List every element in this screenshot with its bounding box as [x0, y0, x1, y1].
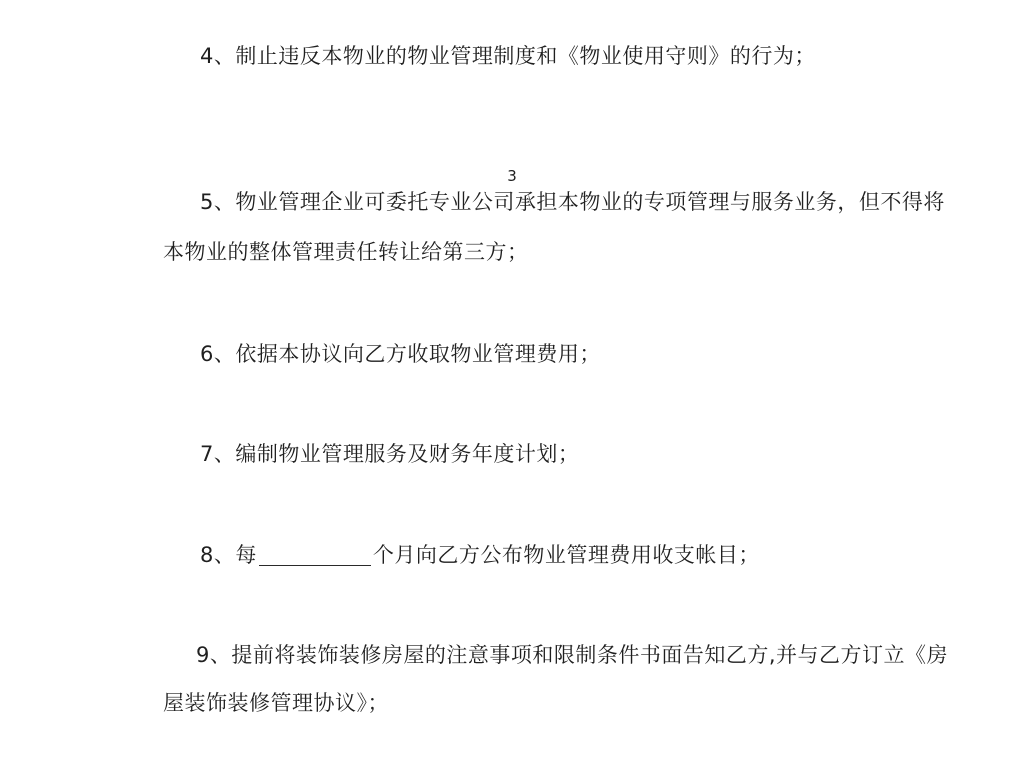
clause-8-prefix: 8、每 — [200, 543, 257, 567]
clause-8-suffix: 个月向乙方公布物业管理费用收支帐目； — [373, 543, 760, 567]
page-number: 3 — [0, 167, 1024, 185]
document-page: 4、制止违反本物业的物业管理制度和《物业使用守则》的行为； 3 5、物业管理企业… — [0, 0, 1024, 768]
clause-5-line-2: 本物业的整体管理责任转让给第三方； — [163, 239, 529, 265]
clause-9-line-1: 9、提前将装饰装修房屋的注意事项和限制条件书面告知乙方,并与乙方订立《房 — [196, 642, 948, 668]
clause-7-text: 7、编制物业管理服务及财务年度计划； — [200, 441, 579, 467]
fill-in-blank-underline — [259, 545, 371, 566]
clause-4-text: 4、制止违反本物业的物业管理制度和《物业使用守则》的行为； — [200, 43, 816, 69]
clause-8-text: 8、每个月向乙方公布物业管理费用收支帐目； — [200, 542, 760, 568]
clause-6-text: 6、依据本协议向乙方收取物业管理费用； — [200, 341, 601, 367]
clause-5-line-1: 5、物业管理企业可委托专业公司承担本物业的专项管理与服务业务，但不得将 — [200, 189, 945, 215]
clause-9-line-2: 屋装饰装修管理协议》； — [163, 690, 389, 716]
